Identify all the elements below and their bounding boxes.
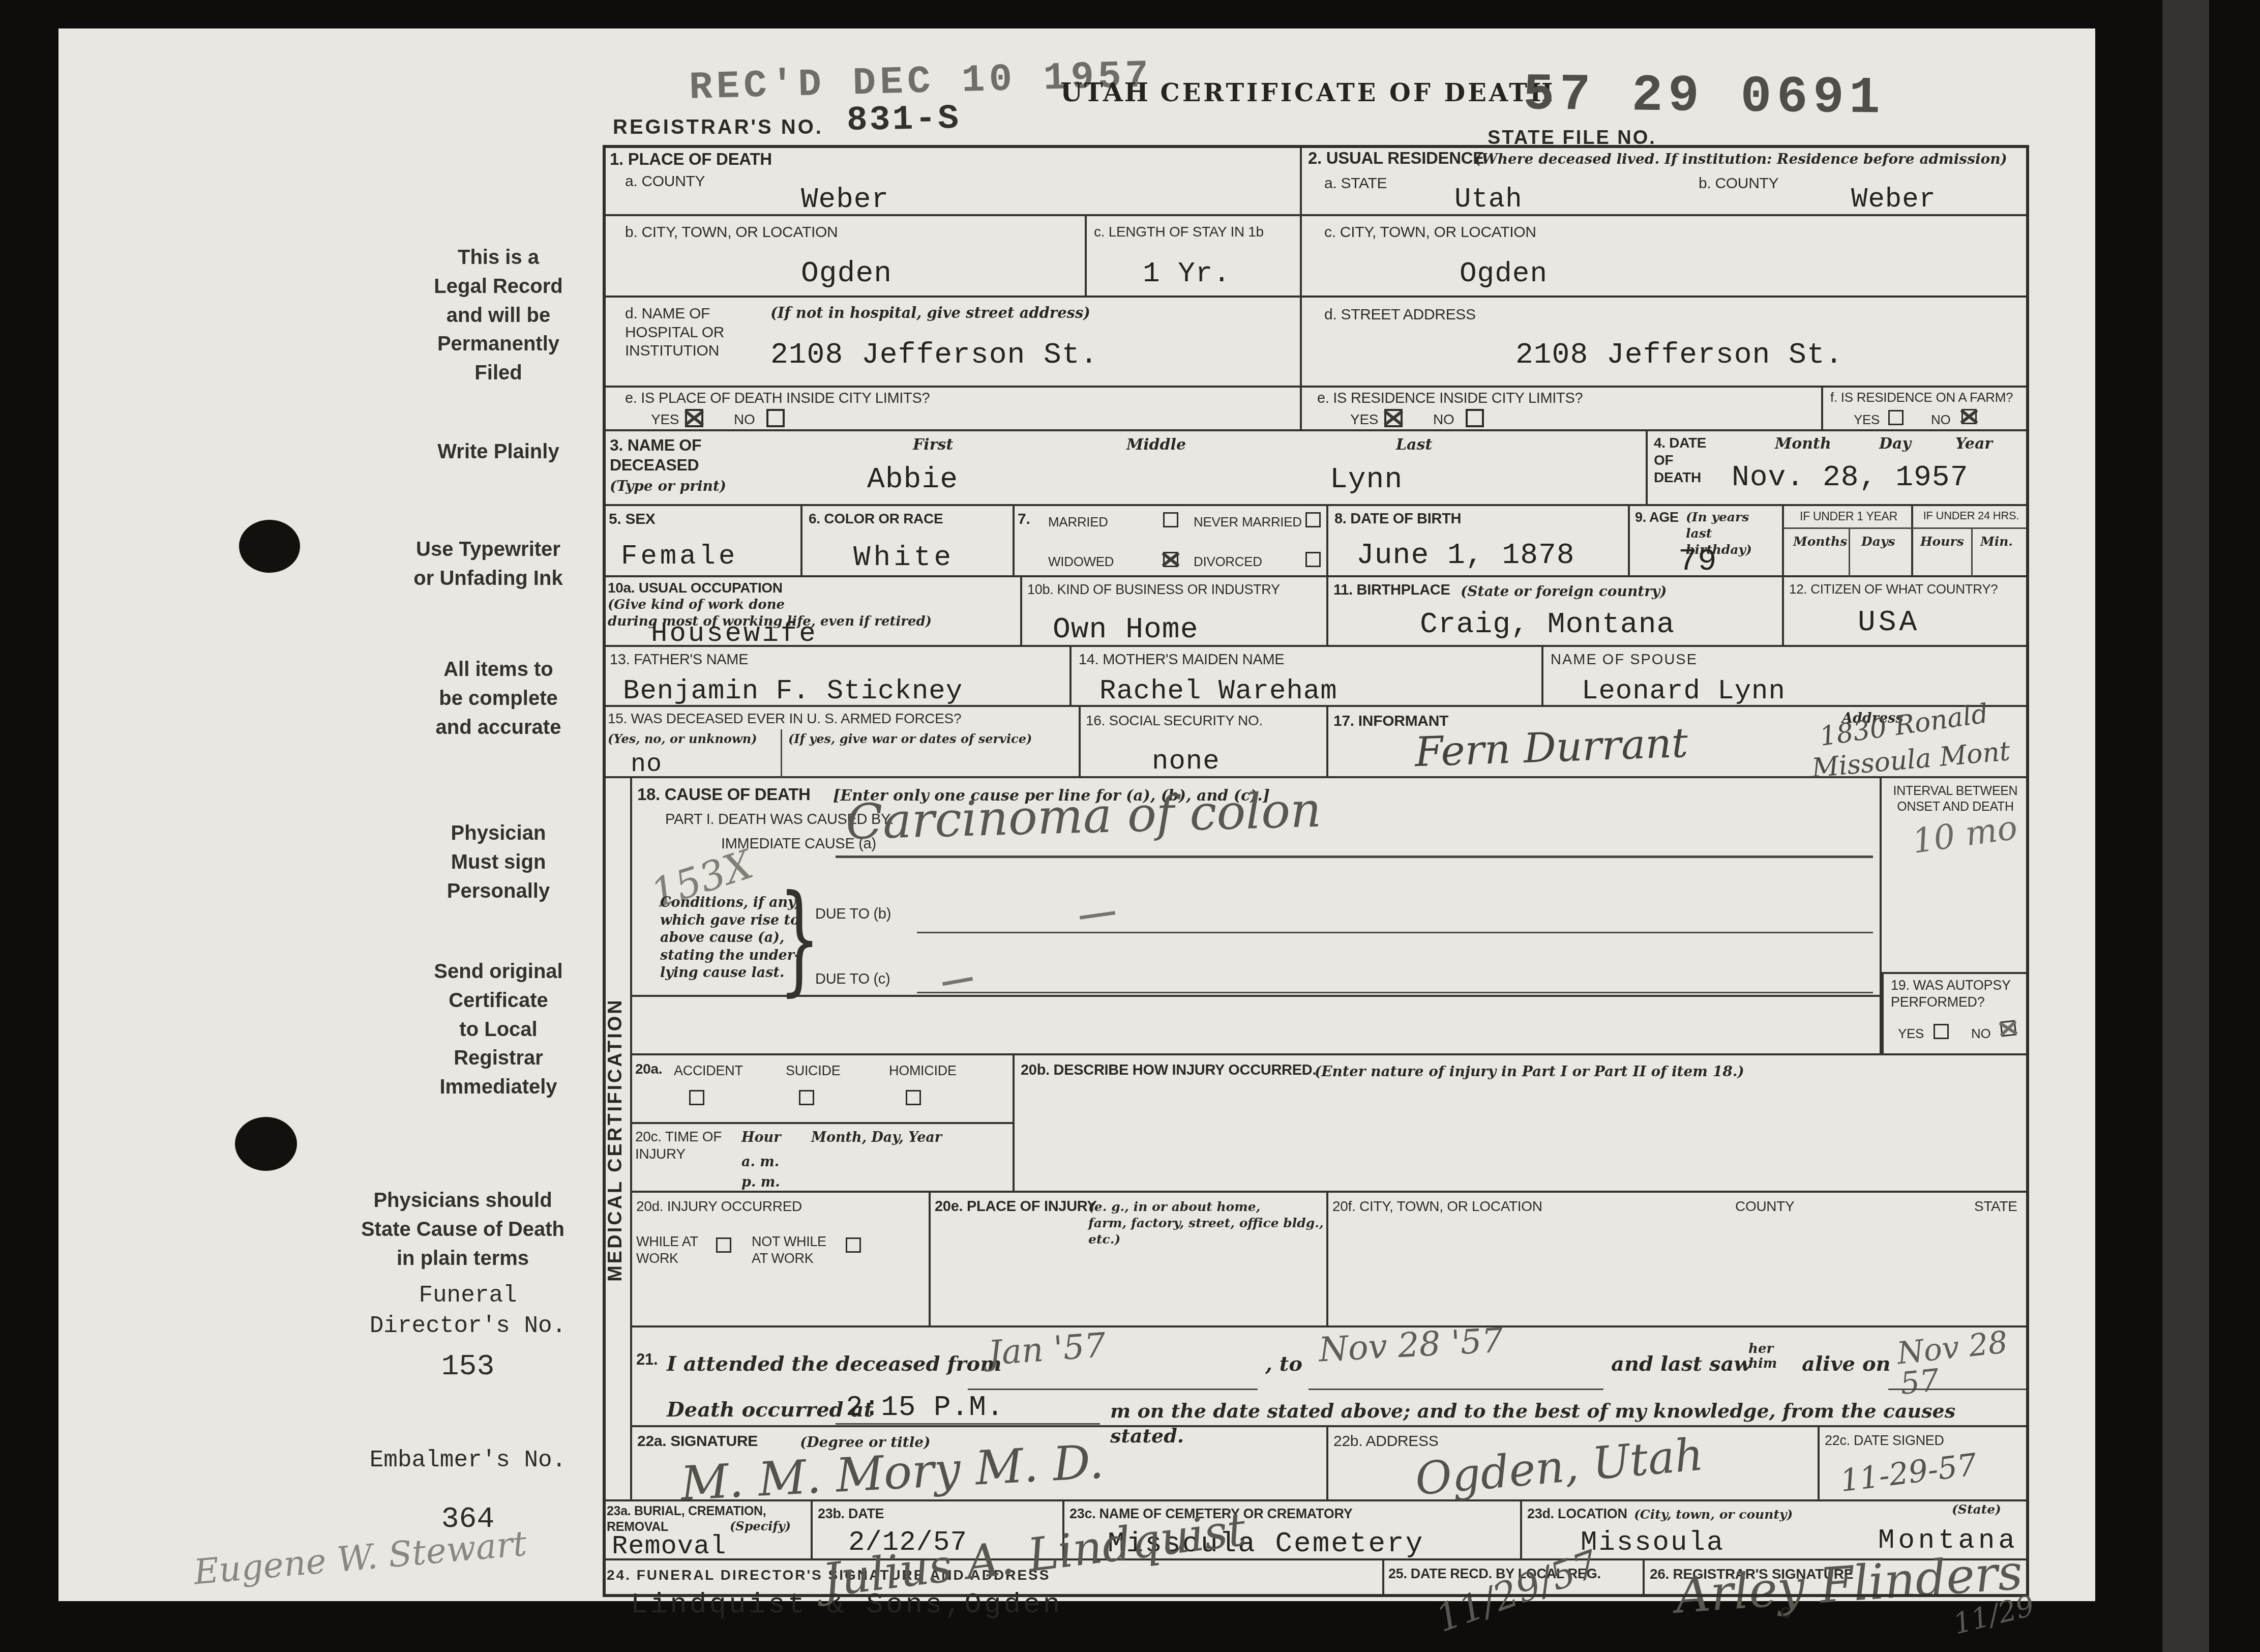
- month-header: Month: [1775, 434, 1831, 454]
- no-label: NO: [734, 411, 755, 428]
- certificate-form: 1. PLACE OF DEATH a. COUNTY Weber 2. USU…: [603, 145, 2029, 1597]
- last-name-header: Last: [1396, 435, 1432, 455]
- field-date-of-death: 4. DATE OF DEATH Month Day Year Nov. 28,…: [1648, 431, 2029, 506]
- never-married-label: NEVER MARRIED: [1194, 514, 1302, 530]
- injury-state-label: STATE: [1974, 1198, 2017, 1215]
- social-security-no-label: 16. SOCIAL SECURITY NO.: [1086, 712, 1263, 729]
- registrar-no-label: REGISTRAR'S NO.: [613, 116, 823, 139]
- field-death-inside-city-limits: e. IS PLACE OF DEATH INSIDE CITY LIMITS?…: [603, 388, 1302, 431]
- hospital-name-sublabel: (If not in hospital, give street address…: [770, 304, 1090, 322]
- accident-checkbox: [689, 1090, 704, 1105]
- cemetery-location-label: 23d. LOCATION: [1527, 1506, 1627, 1522]
- field-kind-of-business: 10b. KIND OF BUSINESS OR INDUSTRY Own Ho…: [1022, 577, 1328, 647]
- punch-hole: [239, 520, 300, 573]
- field-armed-forces: 15. WAS DECEASED EVER IN U. S. ARMED FOR…: [603, 707, 1081, 778]
- yes-label: YES: [651, 411, 679, 428]
- margin-note-plain-terms: Physicians should State Cause of Death i…: [285, 1186, 641, 1273]
- field-date-of-birth: 8. DATE OF BIRTH June 1, 1878: [1328, 506, 1630, 577]
- field-attendance-statement: 21. I attended the deceased from Jan '57…: [632, 1327, 2029, 1427]
- yes-label: YES: [1854, 412, 1880, 428]
- while-at-work-checkbox: [716, 1237, 731, 1253]
- months-label: Months: [1793, 534, 1847, 550]
- attended-to-date-handwriting: Nov 28 '57: [1318, 1324, 1504, 1367]
- death-inside-city-limits-label: e. IS PLACE OF DEATH INSIDE CITY LIMITS?: [625, 390, 930, 407]
- residence-farm-yes-checkbox: [1888, 410, 1904, 425]
- medical-certification-sidebar: MEDICAL CERTIFICATION: [603, 778, 632, 1501]
- line: [1888, 1389, 2028, 1390]
- hour-label: Hour: [741, 1129, 781, 1147]
- date-signed-label: 22c. DATE SIGNED: [1825, 1432, 1944, 1449]
- field-interval-onset-death: INTERVAL BETWEEN ONSET AND DEATH 10 mo: [1882, 778, 2029, 974]
- burial-removal-value: Removal: [612, 1533, 726, 1561]
- field-age: 9. AGE (In years last birthday) 79: [1630, 506, 1784, 577]
- margin-note-write-plainly: Write Plainly: [356, 437, 641, 466]
- punch-hole: [235, 1117, 297, 1171]
- never-married-checkbox: [1305, 512, 1321, 527]
- divider: [781, 729, 782, 778]
- kind-of-business-value: Own Home: [1053, 615, 1198, 646]
- interval-handwriting: 10 mo: [1910, 811, 2019, 859]
- color-or-race-value: White: [853, 543, 954, 573]
- residence-county-label: b. COUNTY: [1699, 174, 1778, 193]
- usual-occupation-label: 10a. USUAL OCCUPATION: [608, 579, 783, 597]
- field-residence-on-farm: f. IS RESIDENCE ON A FARM? YES NO: [1823, 388, 2029, 431]
- scan-edge-strip: [2162, 0, 2209, 1652]
- first-name-header: First: [913, 435, 953, 455]
- place-of-injury-label: 20e. PLACE OF INJURY: [935, 1198, 1096, 1216]
- field-describe-injury: 20b. DESCRIBE HOW INJURY OCCURRED. (Ente…: [1015, 1055, 2029, 1193]
- field-birthplace: 11. BIRTHPLACE (State or foreign country…: [1328, 577, 1784, 647]
- time-of-death-value: 2:15 P.M.: [846, 1393, 1004, 1423]
- cause-line: [836, 855, 1873, 858]
- state-file-no-stamp: 57 29 0691: [1523, 65, 1885, 128]
- suicide-label: SUICIDE: [786, 1063, 840, 1079]
- armed-forces-sublabel-2: (If yes, give war or dates of service): [788, 731, 1032, 747]
- physician-signature-label: 22a. SIGNATURE: [637, 1432, 758, 1451]
- field-usual-occupation: 10a. USUAL OCCUPATION (Give kind of work…: [603, 577, 1022, 647]
- divorced-label: DIVORCED: [1194, 554, 1262, 570]
- city-town-county-sublabel: (City, town, or county): [1634, 1507, 1793, 1523]
- no-label: NO: [1433, 411, 1454, 428]
- suicide-checkbox: [799, 1090, 814, 1105]
- due-to-b-line: [917, 932, 1873, 933]
- field-physician-signature: 22a. SIGNATURE (Degree or title) M. M. M…: [632, 1427, 1328, 1501]
- physician-address-label: 22b. ADDRESS: [1333, 1432, 1439, 1451]
- usual-occupation-value: Housewife: [651, 620, 818, 649]
- field-autopsy: 19. WAS AUTOPSY PERFORMED? YES NO: [1882, 974, 2029, 1055]
- alive-on-text: alive on: [1802, 1351, 1891, 1377]
- certificate-title-state: UTAH: [1060, 77, 1150, 107]
- divider: [1971, 527, 1973, 577]
- county-label: a. COUNTY: [625, 172, 705, 191]
- pm-label: p. m.: [741, 1174, 780, 1192]
- line: [1309, 1389, 1603, 1390]
- field-funeral-director: 24. FUNERAL DIRECTOR'S SIGNATURE AND ADD…: [603, 1560, 1384, 1597]
- min-label: Min.: [1980, 534, 2013, 550]
- footer-c-mark: c: [1780, 1603, 1792, 1624]
- while-at-work-label: WHILE AT WORK: [636, 1233, 698, 1267]
- burial-date-label: 23b. DATE: [818, 1506, 884, 1522]
- date-of-death-value: Nov. 28, 1957: [1732, 463, 1968, 494]
- autopsy-label: 19. WAS AUTOPSY PERFORMED?: [1891, 977, 2011, 1011]
- type-or-print-sublabel: (Type or print): [610, 477, 726, 495]
- field-if-under-24-hrs: IF UNDER 24 HRS. Hours Min.: [1913, 506, 2029, 577]
- describe-injury-label: 20b. DESCRIBE HOW INJURY OCCURRED.: [1021, 1061, 1316, 1079]
- margin-note-legal-record: This is a Legal Record and will be Perma…: [356, 243, 641, 388]
- citizen-of-country-value: USA: [1858, 608, 1920, 639]
- residence-county-value: Weber: [1851, 186, 1936, 215]
- mothers-maiden-name-label: 14. MOTHER'S MAIDEN NAME: [1079, 651, 1284, 669]
- date-of-birth-value: June 1, 1878: [1356, 541, 1575, 572]
- field-physician-address: 22b. ADDRESS Ogden, Utah: [1328, 1427, 1820, 1501]
- field-residence-city: c. CITY, TOWN, OR LOCATION Ogden: [1302, 216, 2029, 298]
- field-street-address: d. STREET ADDRESS 2108 Jefferson St.: [1302, 298, 2029, 388]
- due-to-c-label: DUE TO (c): [815, 970, 890, 988]
- field-color-or-race: 6. COLOR OR RACE White: [802, 506, 1015, 577]
- name-of-spouse-label: NAME OF SPOUSE: [1551, 651, 1698, 669]
- death-city-limits-yes-checkbox: [685, 409, 703, 427]
- margin-note-send-original: Send original Certificate to Local Regis…: [356, 957, 641, 1102]
- field-21-number: 21.: [636, 1350, 658, 1369]
- margin-note-complete-accurate: All items to be complete and accurate: [356, 655, 641, 742]
- birthplace-sublabel: (State or foreign country): [1461, 582, 1667, 601]
- name-of-spouse-value: Leonard Lynn: [1582, 677, 1786, 706]
- date-of-birth-label: 8. DATE OF BIRTH: [1334, 510, 1461, 528]
- residence-state-label: a. STATE: [1324, 174, 1387, 193]
- birthplace-value: Craig, Montana: [1420, 610, 1675, 641]
- residence-inside-city-limits-label: e. IS RESIDENCE INSIDE CITY LIMITS?: [1317, 390, 1583, 407]
- field-marital-status: 7. MARRIED NEVER MARRIED WIDOWED DIVORCE…: [1015, 506, 1328, 577]
- field-injury-occurred: 20d. INJURY OCCURRED WHILE AT WORK NOT W…: [632, 1193, 931, 1327]
- kind-of-business-label: 10b. KIND OF BUSINESS OR INDUSTRY: [1027, 581, 1280, 598]
- married-checkbox: [1163, 512, 1178, 527]
- hospital-name-value: 2108 Jefferson St.: [770, 340, 1098, 371]
- place-of-death-title: 1. PLACE OF DEATH: [610, 149, 772, 169]
- street-address-label: d. STREET ADDRESS: [1324, 306, 1476, 324]
- homicide-checkbox: [906, 1090, 921, 1105]
- field-city-of-death: b. CITY, TOWN, OR LOCATION Ogden: [603, 216, 1087, 298]
- field-name-of-spouse: NAME OF SPOUSE Leonard Lynn: [1543, 647, 2029, 707]
- widowed-checkbox: [1163, 552, 1178, 567]
- not-while-at-work-label: NOT WHILE AT WORK: [752, 1233, 826, 1267]
- autopsy-yes-checkbox: [1934, 1024, 1949, 1039]
- attended-to-text: , to: [1265, 1351, 1302, 1377]
- conditions-brace: }: [779, 879, 820, 998]
- field-residence-inside-city-limits: e. IS RESIDENCE INSIDE CITY LIMITS? YES …: [1302, 388, 1823, 431]
- field-sex: 5. SEX Female: [603, 506, 802, 577]
- days-label: Days: [1861, 534, 1895, 550]
- immediate-cause-handwriting: Carcinoma of colon: [845, 786, 1322, 847]
- date-of-death-label: 4. DATE OF DEATH: [1654, 434, 1706, 486]
- hours-label: Hours: [1920, 534, 1964, 550]
- length-of-stay-value: 1 Yr.: [1143, 259, 1231, 289]
- field-accident-suicide-homicide: 20a. ACCIDENT SUICIDE HOMICIDE: [632, 1055, 1015, 1124]
- due-to-b-dash-mark: [1080, 911, 1115, 920]
- due-to-b-label: DUE TO (b): [815, 905, 891, 923]
- field-citizen-of-country: 12. CITIZEN OF WHAT COUNTRY? USA: [1784, 577, 2029, 647]
- day-header: Day: [1879, 434, 1911, 454]
- month-day-year-label: Month, Day, Year: [811, 1129, 942, 1147]
- field-registrar-signature: 26. REGISTRAR'S SIGNATURE Arley Flinders: [1645, 1560, 2029, 1597]
- field-date-signed: 22c. DATE SIGNED 11-29-57: [1820, 1427, 2029, 1501]
- field-hospital-name: d. NAME OF HOSPITAL OR INSTITUTION (If n…: [603, 298, 1302, 388]
- field-time-of-injury: 20c. TIME OF INJURY Hour Month, Day, Yea…: [632, 1124, 1015, 1193]
- field-name-of-deceased: 3. NAME OF DECEASED (Type or print) Firs…: [603, 431, 1648, 506]
- married-label: MARRIED: [1048, 514, 1108, 530]
- usual-residence-title: 2. USUAL RESIDENCE: [1308, 148, 1484, 168]
- due-to-c-dash-mark: [942, 977, 973, 986]
- city-of-death-label: b. CITY, TOWN, OR LOCATION: [625, 223, 838, 242]
- age-value: 79: [1678, 545, 1717, 578]
- not-while-at-work-checkbox: [846, 1237, 861, 1253]
- injury-city-label: 20f. CITY, TOWN, OR LOCATION: [1332, 1198, 1542, 1215]
- homicide-label: HOMICIDE: [889, 1063, 957, 1079]
- attended-from-date-handwriting: Jan '57: [987, 1329, 1107, 1370]
- line: [836, 1423, 1100, 1425]
- medical-certification-vertical-label: MEDICAL CERTIFICATION: [605, 784, 630, 1496]
- residence-city-value: Ogden: [1460, 259, 1548, 289]
- last-saw-text: and last saw: [1611, 1351, 1751, 1377]
- divider: [1849, 527, 1850, 577]
- cemetery-city-value: Missoula: [1581, 1529, 1724, 1558]
- her-him-text: her him: [1748, 1342, 1777, 1371]
- armed-forces-sublabel-1: (Yes, no, or unknown): [608, 731, 757, 747]
- yes-label: YES: [1350, 411, 1378, 428]
- residence-on-farm-label: f. IS RESIDENCE ON A FARM?: [1830, 390, 2013, 406]
- usual-residence-subtitle: (Where deceased lived. If institution: R…: [1475, 150, 2007, 168]
- date-signed-handwriting: 11-29-57: [1838, 1450, 1978, 1496]
- section-usual-residence: 2. USUAL RESIDENCE (Where deceased lived…: [1302, 145, 2029, 216]
- time-of-injury-label: 20c. TIME OF INJURY: [635, 1128, 722, 1163]
- fathers-name-value: Benjamin F. Stickney: [623, 677, 963, 706]
- embalmer-no-label: Embalmer's No.: [325, 1445, 610, 1476]
- specify-sublabel: (Specify): [730, 1519, 791, 1535]
- armed-forces-label: 15. WAS DECEASED EVER IN U. S. ARMED FOR…: [608, 710, 961, 727]
- describe-injury-sublabel: (Enter nature of injury in Part I or Par…: [1315, 1063, 1744, 1081]
- first-name-value: Abbie: [867, 465, 958, 496]
- field-date-received: 25. DATE RECD. BY LOCAL REG. 11/29/57: [1384, 1560, 1645, 1597]
- mothers-maiden-name-value: Rachel Wareham: [1099, 677, 1337, 706]
- birthplace-label: 11. BIRTHPLACE: [1333, 581, 1450, 599]
- marital-status-number: 7.: [1018, 510, 1030, 529]
- field-social-security-no: 16. SOCIAL SECURITY NO. none: [1081, 707, 1328, 778]
- margin-note-physician-sign: Physician Must sign Personally: [356, 819, 641, 905]
- registrar-no-value: 831-S: [846, 101, 961, 139]
- length-of-stay-label: c. LENGTH OF STAY IN 1b: [1094, 223, 1264, 241]
- injury-occurred-label: 20d. INJURY OCCURRED: [636, 1198, 802, 1215]
- field-fathers-name: 13. FATHER'S NAME Benjamin F. Stickney: [603, 647, 1072, 707]
- due-to-c-line: [917, 992, 1873, 993]
- name-of-deceased-label: 3. NAME OF DECEASED: [610, 435, 701, 475]
- street-address-value: 2108 Jefferson St.: [1515, 340, 1843, 371]
- am-label: a. m.: [741, 1154, 779, 1171]
- armed-forces-value: no: [631, 752, 662, 779]
- line: [968, 1389, 1258, 1390]
- residence-farm-no-checkbox: [1961, 409, 1977, 424]
- state-sublabel: (State): [1952, 1501, 2001, 1518]
- hospital-name-label: d. NAME OF HOSPITAL OR INSTITUTION: [625, 305, 724, 361]
- widowed-label: WIDOWED: [1048, 554, 1114, 570]
- attended-from-text: I attended the deceased from: [667, 1351, 1002, 1377]
- residence-state-value: Utah: [1454, 186, 1523, 215]
- no-label: NO: [1931, 412, 1950, 428]
- field-length-of-stay: c. LENGTH OF STAY IN 1b 1 Yr.: [1087, 216, 1302, 298]
- field-part2-conditions: [632, 997, 1882, 1055]
- autopsy-no-checkbox: [2000, 1020, 2017, 1037]
- city-of-death-value: Ogden: [801, 259, 892, 290]
- margin-note-typewriter: Use Typewriter or Unfading Ink: [325, 535, 651, 593]
- fathers-name-label: 13. FATHER'S NAME: [610, 651, 748, 669]
- field-injury-city-county-state: 20f. CITY, TOWN, OR LOCATION COUNTY STAT…: [1328, 1193, 2029, 1327]
- accident-label: ACCIDENT: [674, 1063, 743, 1079]
- field-informant: 17. INFORMANT Address Fern Durrant 1830 …: [1328, 707, 2029, 778]
- death-occurred-at-text: Death occurred at: [667, 1397, 873, 1423]
- if-under-24-hrs-label: IF UNDER 24 HRS.: [1913, 509, 2029, 523]
- field-20a-number: 20a.: [635, 1060, 662, 1078]
- color-or-race-label: 6. COLOR OR RACE: [809, 510, 943, 527]
- year-header: Year: [1955, 434, 1993, 454]
- residence-city-limits-yes-checkbox: [1384, 409, 1403, 427]
- divorced-checkbox: [1305, 552, 1321, 567]
- if-under-1-year-label: IF UNDER 1 YEAR: [1784, 509, 1913, 523]
- place-of-injury-sublabel: (e. g., in or about home, farm, factory,…: [1088, 1199, 1326, 1248]
- cause-of-death-label: 18. CAUSE OF DEATH: [637, 784, 811, 805]
- sex-value: Female: [621, 543, 738, 572]
- physician-address-handwriting: Ogden, Utah: [1413, 1432, 1705, 1501]
- last-name-value: Lynn: [1330, 465, 1403, 496]
- field-place-of-injury: 20e. PLACE OF INJURY (e. g., in or about…: [931, 1193, 1328, 1327]
- funeral-director-no-value: 153: [325, 1348, 610, 1386]
- funeral-director-no-label: Funeral Director's No.: [325, 1281, 610, 1342]
- certificate-title: UTAH CERTIFICATE OF DEATH: [1060, 77, 1555, 107]
- age-label: 9. AGE: [1635, 509, 1679, 526]
- death-city-limits-no-checkbox: [766, 409, 785, 427]
- certificate-title-main: CERTIFICATE OF DEATH: [1161, 79, 1556, 107]
- yes-label: YES: [1898, 1026, 1924, 1042]
- residence-city-limits-no-checkbox: [1466, 409, 1484, 427]
- middle-name-header: Middle: [1126, 435, 1186, 455]
- informant-name-handwriting: Fern Durrant: [1414, 723, 1689, 773]
- field-mothers-maiden-name: 14. MOTHER'S MAIDEN NAME Rachel Wareham: [1072, 647, 1543, 707]
- sex-label: 5. SEX: [609, 510, 656, 529]
- social-security-no-value: none: [1152, 748, 1220, 777]
- citizen-of-country-label: 12. CITIZEN OF WHAT COUNTRY?: [1789, 581, 1998, 598]
- injury-county-label: COUNTY: [1735, 1198, 1794, 1215]
- field-burial-removal: 23a. BURIAL, CREMATION, REMOVAL (Specify…: [603, 1501, 813, 1560]
- field-cause-of-death: 18. CAUSE OF DEATH [Enter only one cause…: [632, 778, 1882, 997]
- field-if-under-1-year: IF UNDER 1 YEAR Months Days: [1784, 506, 1913, 577]
- section-place-of-death: 1. PLACE OF DEATH a. COUNTY Weber: [603, 145, 1302, 216]
- county-value: Weber: [801, 185, 889, 215]
- no-label: NO: [1971, 1026, 1990, 1042]
- residence-city-label: c. CITY, TOWN, OR LOCATION: [1324, 223, 1536, 242]
